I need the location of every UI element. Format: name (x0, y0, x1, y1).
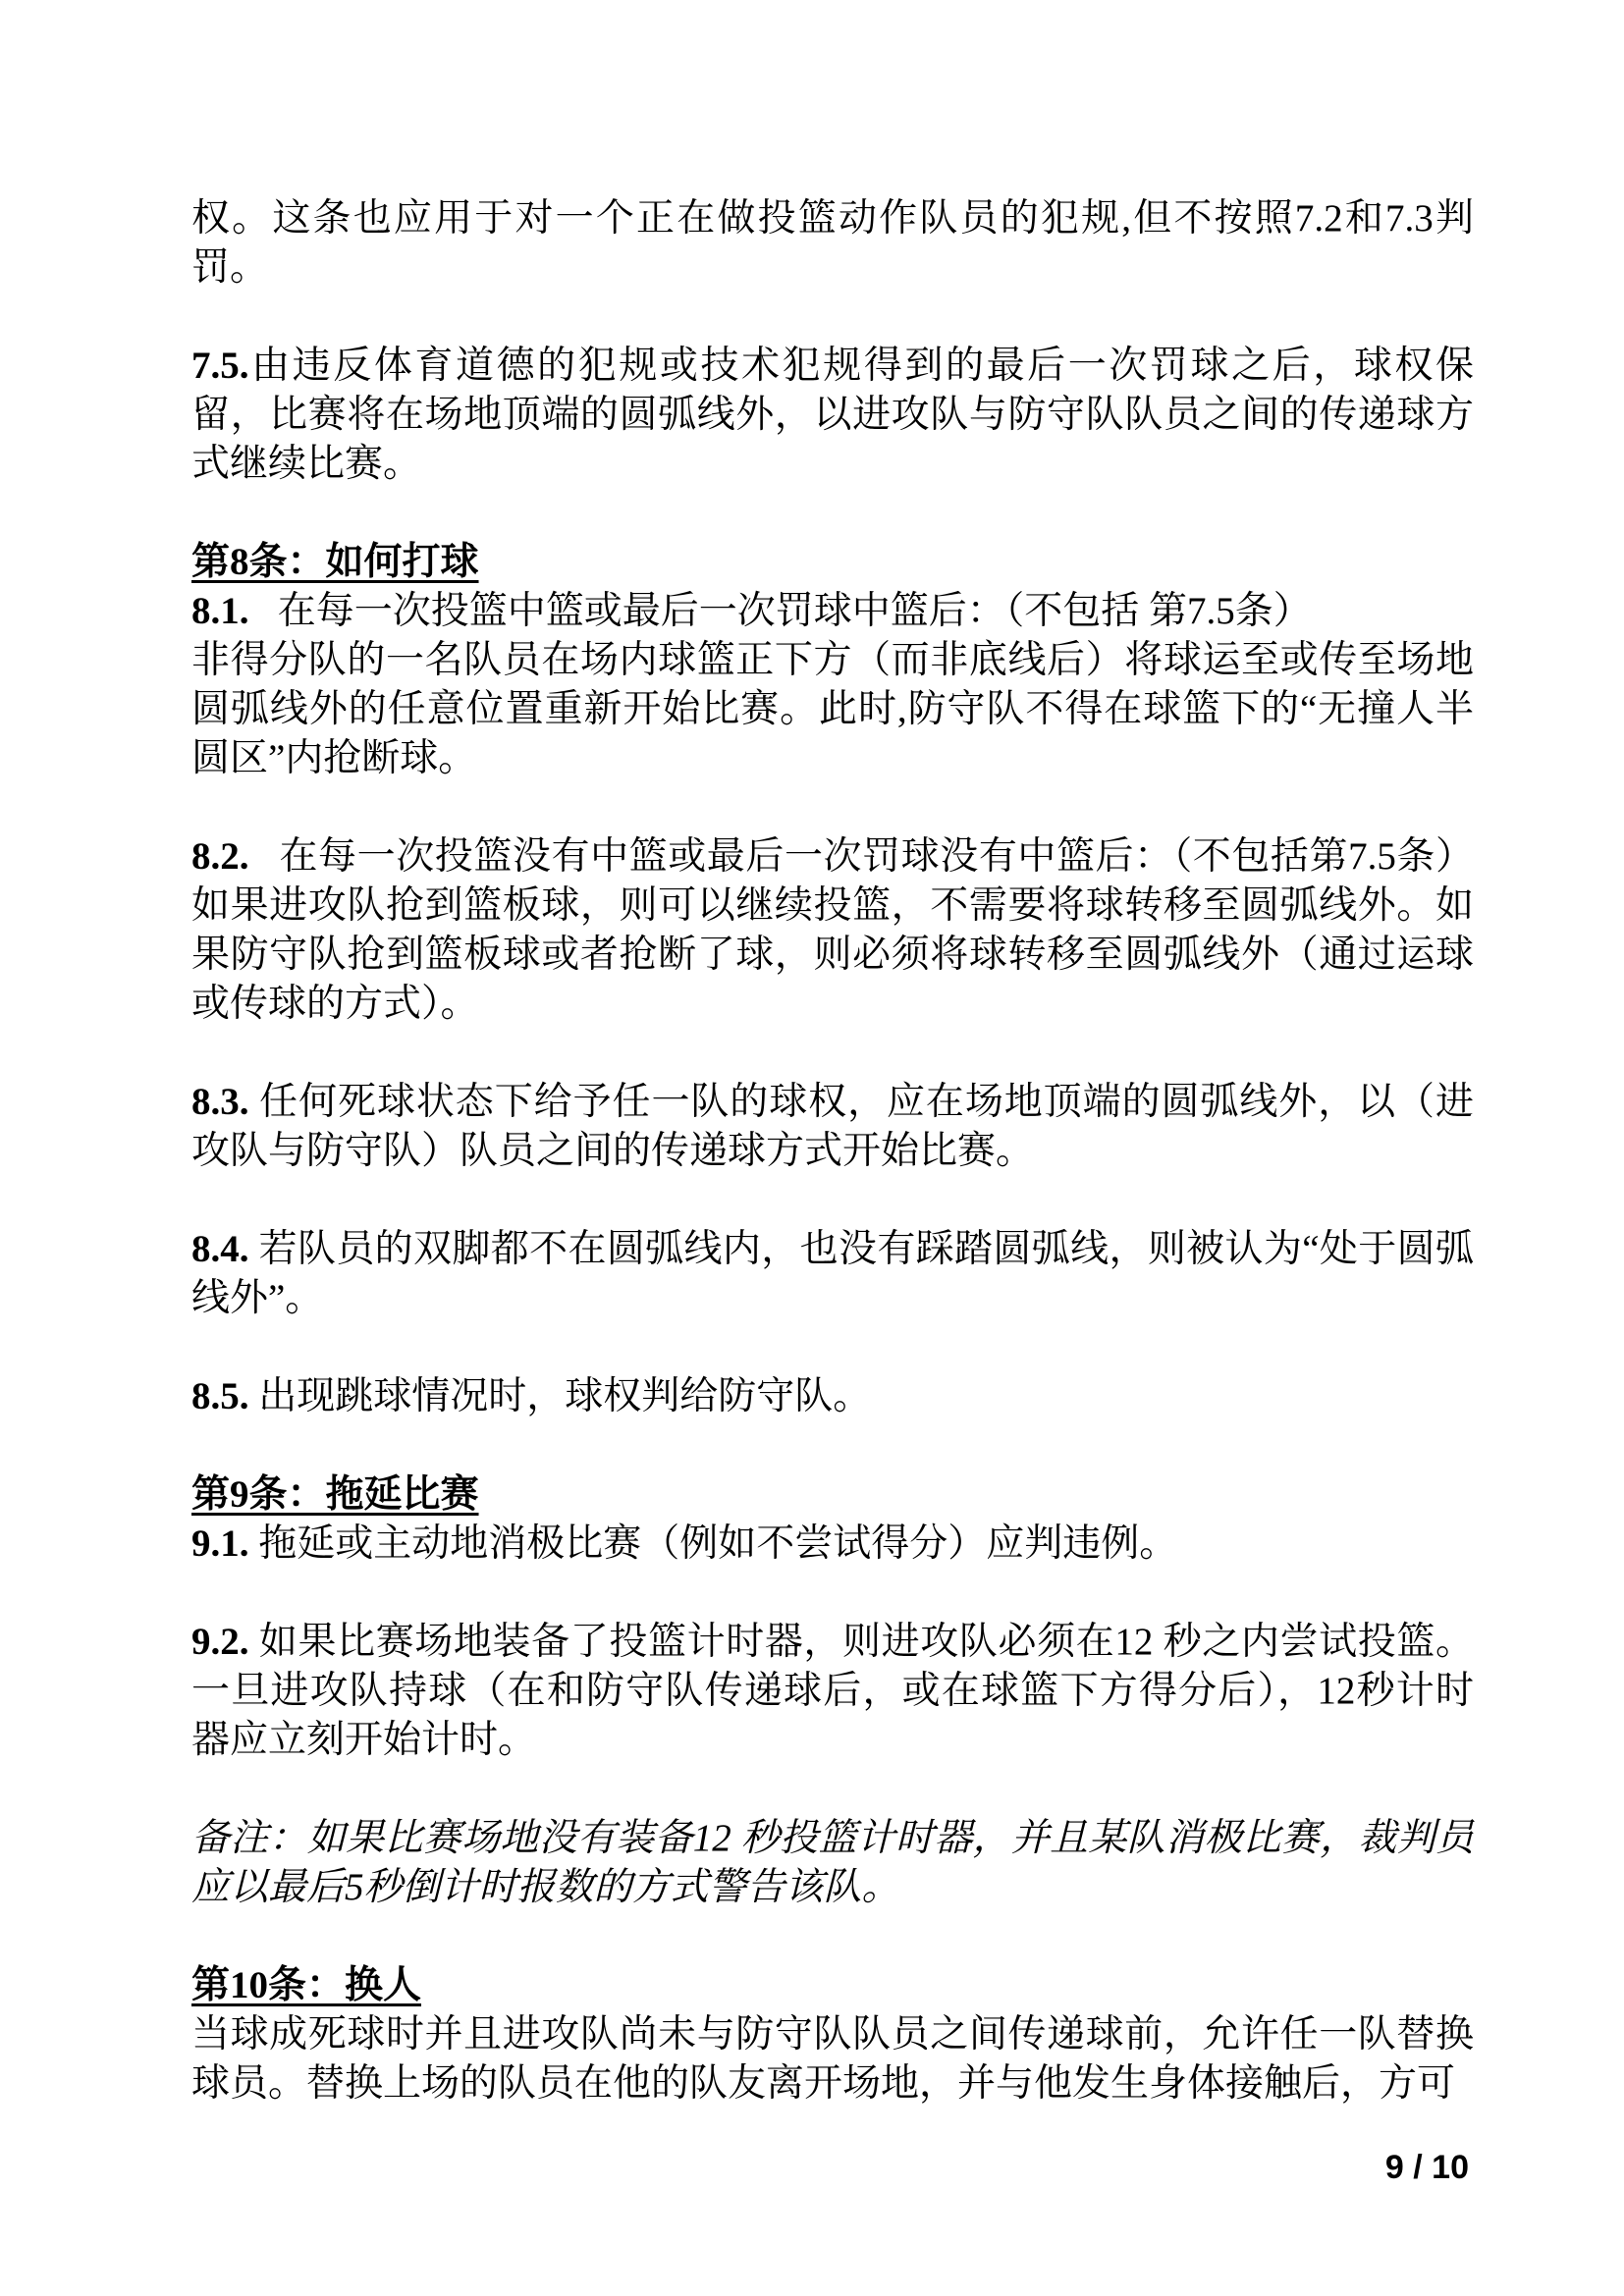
page-number: 9 / 10 (1385, 2148, 1469, 2187)
paragraph-text: 出现跳球情况时，球权判给防守队。 (249, 1375, 872, 1417)
paragraph-text: 任何死球状态下给予任一队的球权，应在场地顶端的圆弧线外，以（进攻队与防守队）队员… (191, 1081, 1474, 1172)
item-number: 8.3. (191, 1081, 249, 1123)
paragraph-text: 在每一次投篮没有中篮或最后一次罚球没有中篮后：（不包括第7.5条）如果进攻队抢到… (191, 835, 1474, 1025)
paragraph-text: 第9条：拖延比赛 (191, 1473, 479, 1516)
paragraph: 当球成死球时并且进攻队尚未与防守队队员之间传递球前，允许任一队替换球员。替换上场… (191, 2010, 1474, 2109)
item-number: 8.4. (191, 1228, 249, 1270)
section-heading: 第10条：换人 (191, 1961, 1474, 2010)
item-number: 8.5. (191, 1375, 249, 1417)
paragraph: 8.2. 在每一次投篮没有中篮或最后一次罚球没有中篮后：（不包括第7.5条）如果… (191, 832, 1474, 1029)
paragraph: 8.4. 若队员的双脚都不在圆弧线内，也没有踩踏圆弧线，则被认为“处于圆弧线外”… (191, 1225, 1474, 1323)
section-heading: 第9条：拖延比赛 (191, 1470, 1474, 1520)
paragraph: 权。这条也应用于对一个正在做投篮动作队员的犯规,但不按照7.2和7.3判罚。 (191, 194, 1474, 293)
note-paragraph: 备注：如果比赛场地没有装备12 秒投篮计时器，并且某队消极比赛，裁判员应以最后5… (191, 1814, 1474, 1912)
item-number: 8.1. (191, 590, 249, 632)
paragraph-text: 备注：如果比赛场地没有装备12 秒投篮计时器，并且某队消极比赛，裁判员应以最后5… (191, 1817, 1474, 1908)
paragraph-text: 权。这条也应用于对一个正在做投篮动作队员的犯规,但不按照7.2和7.3判罚。 (191, 197, 1474, 289)
paragraph-text: 如果比赛场地装备了投篮计时器，则进攻队必须在12 秒之内尝试投篮。一旦进攻队持球… (191, 1621, 1474, 1761)
paragraph: 8.3. 任何死球状态下给予任一队的球权，应在场地顶端的圆弧线外，以（进攻队与防… (191, 1078, 1474, 1176)
paragraph-text: 第8条：如何打球 (191, 541, 479, 583)
paragraph-text: 若队员的双脚都不在圆弧线内，也没有踩踏圆弧线，则被认为“处于圆弧线外”。 (191, 1228, 1474, 1319)
item-number: 9.2. (191, 1621, 249, 1663)
section-heading: 第8条：如何打球 (191, 538, 1474, 587)
paragraph: 8.1. 在每一次投篮中篮或最后一次罚球中篮后：（不包括 第7.5条） 非得分队… (191, 587, 1474, 783)
item-number: 9.1. (191, 1522, 249, 1565)
document-body: 权。这条也应用于对一个正在做投篮动作队员的犯规,但不按照7.2和7.3判罚。 7… (191, 194, 1474, 2158)
paragraph-text: 当球成死球时并且进攻队尚未与防守队队员之间传递球前，允许任一队替换球员。替换上场… (191, 2013, 1474, 2105)
paragraph-text: 拖延或主动地消极比赛（例如不尝试得分）应判违例。 (249, 1522, 1178, 1565)
item-number: 8.2. (191, 835, 249, 878)
paragraph: 7.5.由违反体育道德的犯规或技术犯规得到的最后一次罚球之后，球权保留，比赛将在… (191, 342, 1474, 489)
paragraph: 9.1. 拖延或主动地消极比赛（例如不尝试得分）应判违例。 (191, 1520, 1474, 1569)
paragraph-text: 第10条：换人 (191, 1964, 421, 2006)
paragraph: 8.5. 出现跳球情况时，球权判给防守队。 (191, 1372, 1474, 1421)
paragraph-text: 在每一次投篮中篮或最后一次罚球中篮后：（不包括 第7.5条） 非得分队的一名队员… (191, 590, 1474, 779)
paragraph: 9.2. 如果比赛场地装备了投篮计时器，则进攻队必须在12 秒之内尝试投篮。一旦… (191, 1618, 1474, 1765)
item-number: 7.5. (191, 345, 249, 387)
paragraph-text: 由违反体育道德的犯规或技术犯规得到的最后一次罚球之后，球权保留，比赛将在场地顶端… (191, 345, 1474, 485)
